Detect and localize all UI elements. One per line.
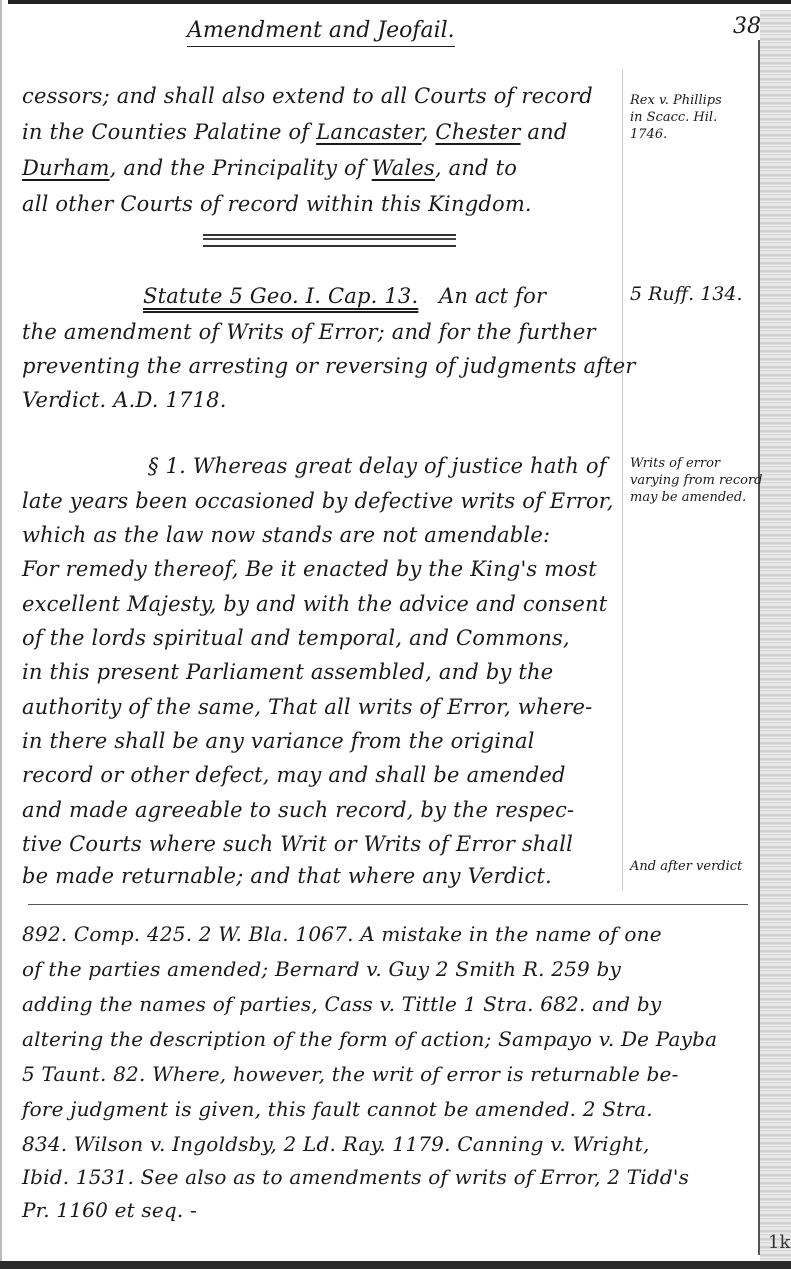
corner-mark: 1k (768, 1232, 790, 1253)
section-line: For remedy thereof, Be it enacted by the… (22, 555, 597, 583)
statute-line: Verdict. A.D. 1718. (22, 386, 227, 414)
section-line: and made agreeable to such record, by th… (22, 796, 574, 824)
text-fragment: , (422, 120, 436, 144)
margin-note-line: And after verdict (630, 858, 742, 875)
margin-note-citation: Rex v. Phillips in Scacc. Hil. 1746. (630, 92, 722, 143)
section-line: in there shall be any variance from the … (22, 727, 535, 755)
footnote-line: of the parties amended; Bernard v. Guy 2… (22, 955, 621, 983)
body-line: cessors; and shall also extend to all Co… (22, 82, 593, 110)
margin-note-line: may be amended. (630, 489, 763, 506)
section-line: tive Courts where such Writ or Writs of … (22, 830, 573, 858)
statute-heading-rest: An act for (439, 284, 546, 308)
margin-note-statute-ref: 5 Ruff. 134. (630, 286, 743, 303)
footnote-line: 5 Taunt. 82. Where, however, the writ of… (22, 1060, 679, 1088)
text-fragment: , and to (435, 156, 517, 180)
margin-note-line: Rex v. Phillips (630, 92, 722, 109)
section-line: which as the law now stands are not amen… (22, 521, 550, 549)
section-line: § 1. Whereas great delay of justice hath… (148, 452, 607, 480)
scan-top-edge (8, 0, 791, 4)
section-line: in this present Parliament assembled, an… (22, 658, 553, 686)
scan-left-edge (0, 0, 2, 1269)
statute-heading-line: Statute 5 Geo. I. Cap. 13. An act for (143, 282, 546, 310)
place-name: Wales (372, 156, 435, 180)
footnote-line: Pr. 1160 et seq. - (22, 1196, 197, 1224)
scan-bottom-edge (0, 1261, 791, 1269)
footnote-line: Ibid. 1531. See also as to amendments of… (22, 1163, 689, 1191)
margin-note-line: varying from record (630, 472, 763, 489)
place-name: Chester (435, 120, 520, 144)
footnote-rule (28, 904, 748, 905)
section-line: excellent Majesty, by and with the advic… (22, 590, 607, 618)
body-line: all other Courts of record within this K… (22, 190, 532, 218)
page-title: Amendment and Jeofail. (187, 18, 455, 47)
margin-note-verdict: And after verdict (630, 858, 742, 875)
margin-note-summary: Writs of error varying from record may b… (630, 455, 763, 506)
place-name: Lancaster (316, 120, 421, 144)
section-divider (203, 234, 456, 247)
footnote-line: adding the names of parties, Cass v. Tit… (22, 990, 661, 1018)
page-binding-edge (760, 10, 791, 1265)
page-number: 38 (733, 14, 761, 39)
section-line: of the lords spiritual and temporal, and… (22, 624, 570, 652)
body-line: in the Counties Palatine of Lancaster, C… (22, 118, 568, 146)
text-fragment: and (521, 120, 568, 144)
footnote-line: 834. Wilson v. Ingoldsby, 2 Ld. Ray. 117… (22, 1130, 650, 1158)
footnote-line: fore judgment is given, this fault canno… (22, 1095, 653, 1123)
section-line: authority of the same, That all writs of… (22, 693, 592, 721)
margin-note-line: 5 Ruff. 134. (630, 286, 743, 303)
place-name: Durham (22, 156, 110, 180)
section-line: late years been occasioned by defective … (22, 487, 614, 515)
statute-heading: Statute 5 Geo. I. Cap. 13. (143, 284, 418, 308)
body-line: Durham, and the Principality of Wales, a… (22, 154, 517, 182)
margin-note-line: Writs of error (630, 455, 763, 472)
margin-note-line: in Scacc. Hil. (630, 109, 722, 126)
section-line: record or other defect, may and shall be… (22, 761, 566, 789)
margin-rule (622, 70, 623, 890)
text-fragment: , and the Principality of (110, 156, 372, 180)
footnote-line: altering the description of the form of … (22, 1025, 717, 1053)
statute-line: preventing the arresting or reversing of… (22, 352, 636, 380)
text-fragment: in the Counties Palatine of (22, 120, 316, 144)
statute-line: the amendment of Writs of Error; and for… (22, 318, 596, 346)
page-edge-line (758, 40, 760, 1255)
section-line: be made returnable; and that where any V… (22, 862, 552, 890)
footnote-line: 892. Comp. 425. 2 W. Bla. 1067. A mistak… (22, 920, 662, 948)
margin-note-line: 1746. (630, 126, 722, 143)
